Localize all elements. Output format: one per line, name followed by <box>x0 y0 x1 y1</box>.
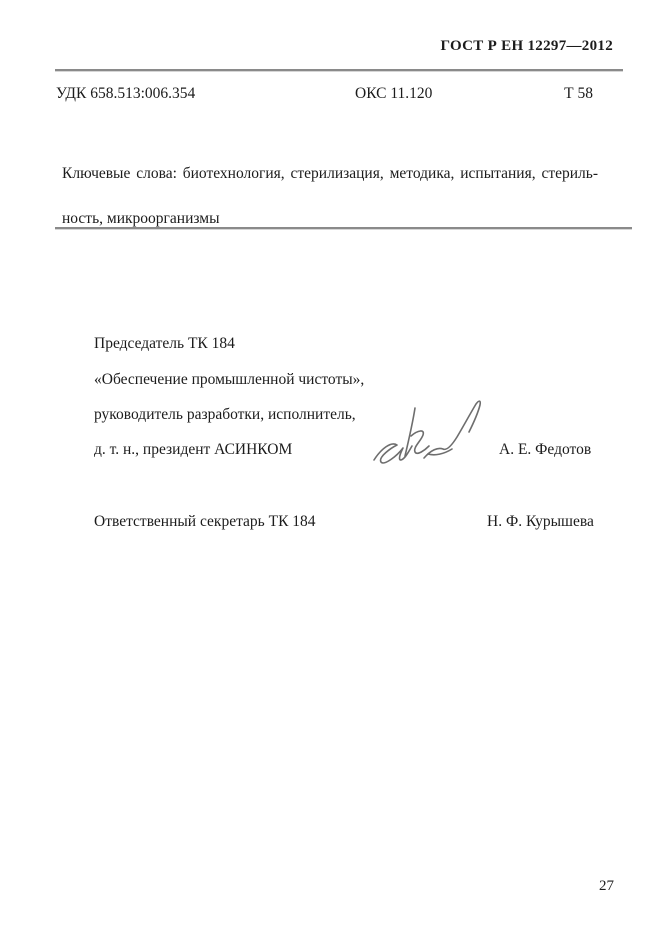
udk-code: УДК 658.513:006.354 <box>56 85 195 103</box>
keywords-line-1: Ключевые слова: биотехнология, стерилиза… <box>62 151 598 196</box>
classification-row: УДК 658.513:006.354 ОКС 11.120 Т 58 <box>56 85 593 103</box>
chairman-name: А. Е. Федотов <box>499 441 591 459</box>
page-number: 27 <box>599 878 614 895</box>
document-page: ГОСТ Р ЕН 12297—2012 УДК 658.513:006.354… <box>0 0 661 935</box>
chairman-title-line-1: Председатель ТК 184 <box>94 335 235 353</box>
top-horizontal-rule <box>55 69 623 72</box>
bottom-horizontal-rule <box>55 227 632 230</box>
chairman-title-line-4: д. т. н., президент АСИНКОМ <box>94 441 292 459</box>
signature-icon <box>368 396 484 474</box>
t-code: Т 58 <box>564 85 593 103</box>
chairman-title-line-3: руководитель разработки, исполнитель, <box>94 406 356 424</box>
secretary-name: Н. Ф. Курышева <box>487 513 594 531</box>
chairman-title-line-2: «Обеспечение промышленной чистоты», <box>94 371 364 389</box>
secretary-title: Ответственный секретарь ТК 184 <box>94 513 316 531</box>
keywords-line-2: ность, микроорганизмы <box>62 196 598 241</box>
doc-number: ГОСТ Р ЕН 12297—2012 <box>441 38 613 55</box>
oks-code: ОКС 11.120 <box>355 85 432 103</box>
